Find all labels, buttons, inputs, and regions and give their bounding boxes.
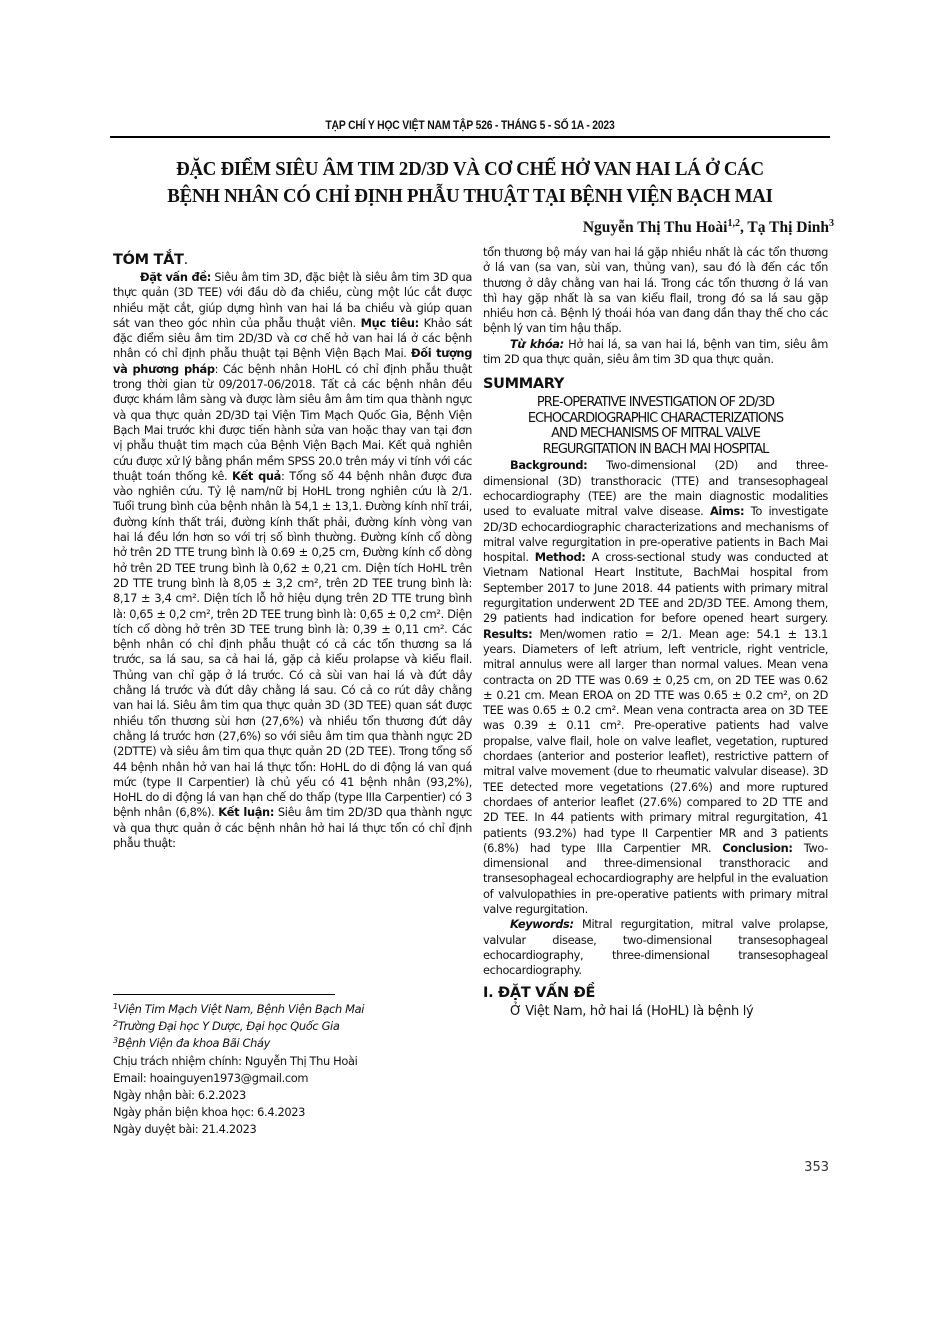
author-name: Nguyễn Thị Thu Hoài — [583, 219, 728, 236]
abstract-vi-continued: tổn thương bộ máy van hai lá gặp nhiều n… — [483, 245, 828, 337]
email: Email: hoainguyen1973@gmail.com — [113, 1070, 472, 1087]
corresponding-author: Chịu trách nhiệm chính: Nguyễn Thị Thu H… — [113, 1053, 472, 1070]
background-en-label: Background: — [510, 458, 587, 472]
abstract-en-body: Background: Two-dimensional (2D) and thr… — [483, 458, 828, 917]
date-reviewed: Ngày phản biện khoa học: 6.4.2023 — [113, 1104, 472, 1121]
article-title: ĐẶC ĐIỂM SIÊU ÂM TIM 2D/3D VÀ CƠ CHẾ HỞ … — [139, 156, 801, 210]
author-affiliation: 1,2 — [727, 218, 740, 229]
abstract-vi-body: Đặt vấn đề: Siêu âm tim 3D, đặc biệt là … — [113, 270, 472, 851]
title-line-2: BỆNH NHÂN CÓ CHỈ ĐỊNH PHẪU THUẬT TẠI BỆN… — [139, 183, 801, 210]
author-line: Nguyễn Thị Thu Hoài1,2, Tạ Thị Dinh3 — [583, 218, 834, 237]
conclusion-label: Kết luận: — [218, 805, 274, 819]
title-line-1: ĐẶC ĐIỂM SIÊU ÂM TIM 2D/3D VÀ CƠ CHẾ HỞ … — [139, 156, 801, 183]
results-label: Kết quả — [232, 469, 281, 483]
page-number: 353 — [804, 1160, 829, 1175]
date-accepted: Ngày duyệt bài: 21.4.2023 — [113, 1121, 472, 1138]
journal-page: TẠP CHÍ Y HỌC VIỆT NAM TẬP 526 - THÁNG 5… — [0, 0, 942, 1333]
right-column: tổn thương bộ máy van hai lá gặp nhiều n… — [483, 245, 828, 1020]
author-affiliation: 3 — [829, 218, 834, 229]
abstract-vi-heading: TÓM TẮT. — [113, 251, 472, 270]
introduction-heading: I. ĐẶT VẤN ĐỀ — [483, 984, 828, 1003]
keywords-en: Keywords: Mitral regurgitation, mitral v… — [483, 917, 828, 978]
aims-label: Mục tiêu: — [361, 316, 419, 330]
date-received: Ngày nhận bài: 6.2.2023 — [113, 1087, 472, 1104]
affiliation-1: 1Viện Tim Mạch Việt Nam, Bệnh Viện Bạch … — [113, 1001, 472, 1018]
affiliation-3: 3Bệnh Viện đa khoa Bãi Cháy — [113, 1035, 472, 1052]
introduction-text: Ở Việt Nam, hở hai lá (HoHL) là bệnh lý — [483, 1003, 828, 1020]
footnotes: 1Viện Tim Mạch Việt Nam, Bệnh Viện Bạch … — [113, 1001, 472, 1139]
method-en-label: Method: — [535, 550, 586, 564]
keywords-vi: Từ khóa: Hở hai lá, sa van hai lá, bệnh … — [483, 337, 828, 368]
summary-heading: SUMMARY — [483, 375, 828, 394]
running-head: TẠP CHÍ Y HỌC VIỆT NAM TẬP 526 - THÁNG 5… — [146, 120, 794, 132]
author-name: Tạ Thị Dinh — [747, 219, 829, 236]
summary-title: PRE-OPERATIVE INVESTIGATION OF 2D/3D ECH… — [483, 395, 828, 457]
keywords-en-label: Keywords: — [510, 917, 574, 931]
keywords-vi-label: Từ khóa: — [510, 337, 564, 351]
aims-en-label: Aims: — [710, 504, 744, 518]
footnote-rule — [113, 994, 335, 995]
results-en-label: Results: — [483, 627, 532, 641]
left-column: TÓM TẮT. Đặt vấn đề: Siêu âm tim 3D, đặc… — [113, 251, 472, 851]
header-rule — [110, 136, 830, 138]
affiliation-2: 2Trường Đại học Y Dược, Đại học Quốc Gia — [113, 1018, 472, 1035]
conclusion-en-label: Conclusion: — [722, 841, 792, 855]
background-label: Đặt vấn đề: — [140, 270, 211, 284]
